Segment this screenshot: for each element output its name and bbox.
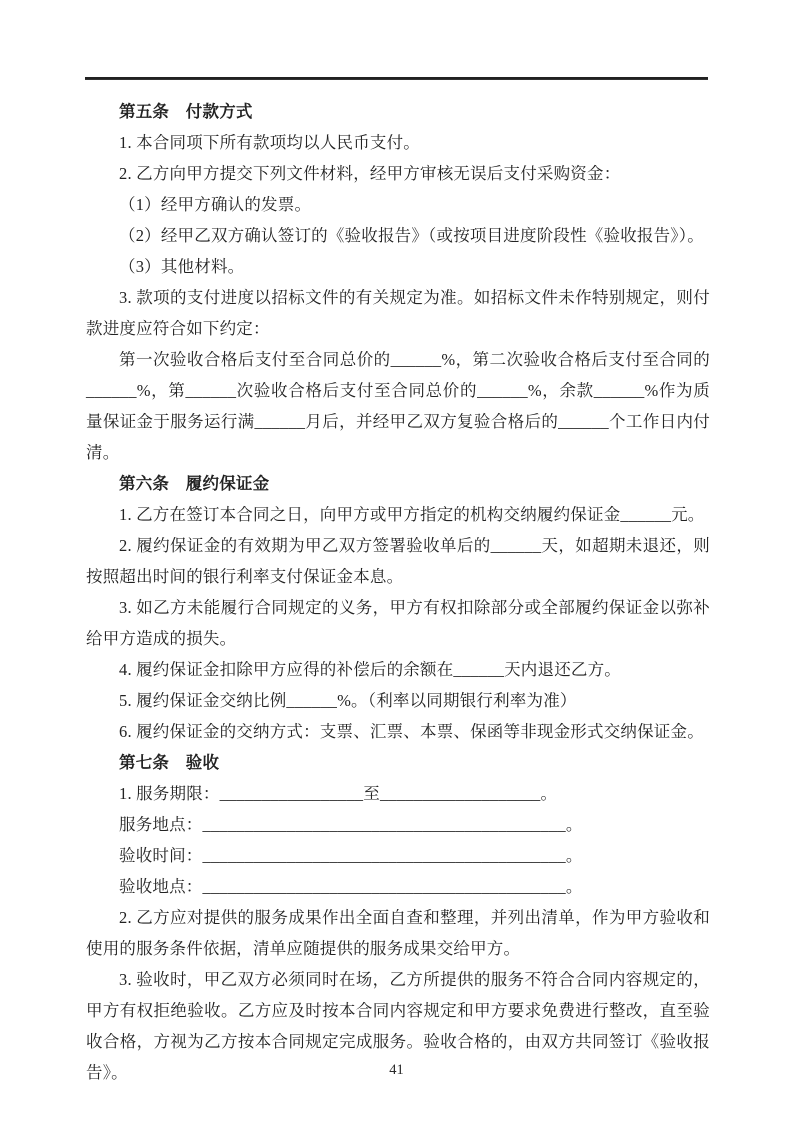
clause-6-5-bond-ratio: 5. 履约保证金交纳比例______%。（利率以同期银行利率为准） <box>86 685 710 716</box>
heading-article-5-payment: 第五条 付款方式 <box>86 96 710 127</box>
clause-7-acceptance-time: 验收时间：___________________________________… <box>86 840 710 871</box>
heading-article-6-bond: 第六条 履约保证金 <box>86 468 710 499</box>
header-double-rule <box>85 77 708 80</box>
clause-5-2-item-1-invoice: （1）经甲方确认的发票。 <box>86 189 710 220</box>
clause-7-service-location: 服务地点：___________________________________… <box>86 809 710 840</box>
clause-6-6-bond-method: 6. 履约保证金的交纳方式：支票、汇票、本票、保函等非现金形式交纳保证金。 <box>86 716 710 747</box>
contract-page: 第五条 付款方式 1. 本合同项下所有款项均以人民币支付。 2. 乙方向甲方提交… <box>0 0 793 1122</box>
clause-7-acceptance-location: 验收地点：___________________________________… <box>86 871 710 902</box>
page-number: 41 <box>0 1060 793 1080</box>
clause-7-2-self-check: 2. 乙方应对提供的服务成果作出全面自查和整理，并列出清单，作为甲方验收和使用的… <box>86 902 710 964</box>
document-body: 第五条 付款方式 1. 本合同项下所有款项均以人民币支付。 2. 乙方向甲方提交… <box>86 96 710 1088</box>
clause-6-2-bond-validity: 2. 履约保证金的有效期为甲乙双方签署验收单后的______天，如超期未退还，则… <box>86 530 710 592</box>
clause-5-2-item-3-other: （3）其他材料。 <box>86 251 710 282</box>
clause-6-4-bond-refund: 4. 履约保证金扣除甲方应得的补偿后的余额在______天内退还乙方。 <box>86 654 710 685</box>
heading-article-7-acceptance: 第七条 验收 <box>86 747 710 778</box>
clause-6-3-bond-deduction: 3. 如乙方未能履行合同规定的义务，甲方有权扣除部分或全部履约保证金以弥补给甲方… <box>86 592 710 654</box>
clause-5-2-item-2-report: （2）经甲乙双方确认签订的《验收报告》（或按项目进度阶段性《验收报告》）。 <box>86 220 710 251</box>
clause-7-1-service-period: 1. 服务期限：_________________至______________… <box>86 778 710 809</box>
clause-5-2-documents: 2. 乙方向甲方提交下列文件材料，经甲方审核无误后支付采购资金： <box>86 158 710 189</box>
clause-6-1-bond-amount: 1. 乙方在签订本合同之日，向甲方或甲方指定的机构交纳履约保证金______元。 <box>86 499 710 530</box>
clause-5-3-progress: 3. 款项的支付进度以招标文件的有关规定为准。如招标文件未作特别规定，则付款进度… <box>86 282 710 344</box>
clause-5-3-payment-schedule: 第一次验收合格后支付至合同总价的______%，第二次验收合格后支付至合同的__… <box>86 344 710 468</box>
clause-5-1-currency: 1. 本合同项下所有款项均以人民币支付。 <box>86 127 710 158</box>
